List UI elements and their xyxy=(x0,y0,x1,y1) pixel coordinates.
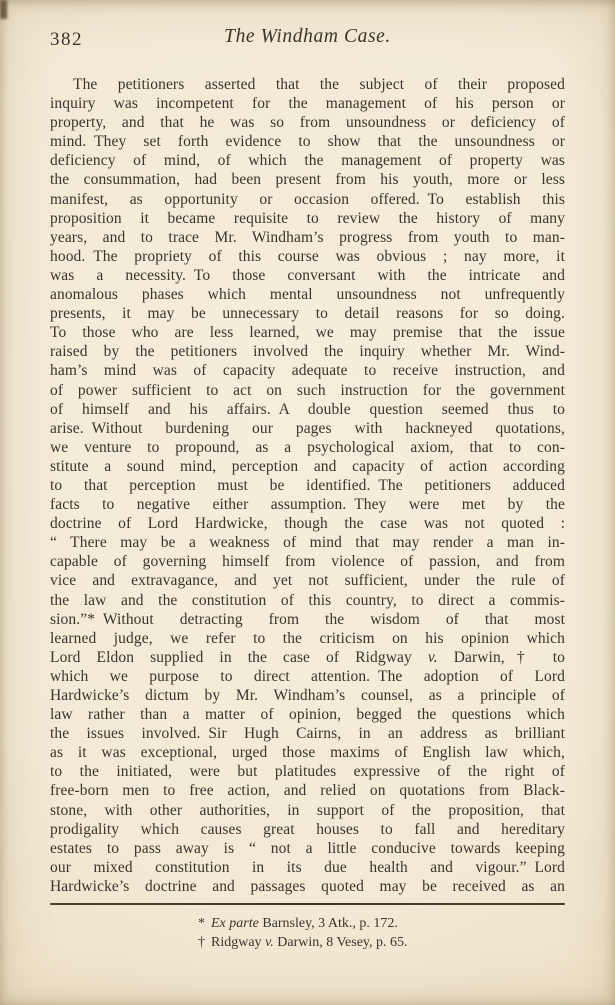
body-line: arise. Without burdening our pages with … xyxy=(50,419,565,438)
text-segment: we venture to propound, as a psychologic… xyxy=(50,439,565,456)
text-segment: sion.”* Without detracting from the wisd… xyxy=(50,611,565,628)
text-segment: the issues involved. Sir Hugh Cairns, in… xyxy=(50,725,565,742)
body-line: as it was exceptional, urged those maxim… xyxy=(50,743,565,762)
text-segment: of himself and his affairs. A double que… xyxy=(50,401,565,418)
text-segment: “ There may be a weakness of mind that m… xyxy=(50,534,565,551)
scan-artifact-mark xyxy=(0,0,7,19)
body-line: Hardwicke’s doctrine and passages quoted… xyxy=(50,877,565,896)
text-segment: property, and that he was so from unsoun… xyxy=(50,114,565,131)
body-line: which we purpose to direct attention. Th… xyxy=(50,667,565,686)
body-line: deficiency of mind, of which the managem… xyxy=(50,151,565,170)
text-segment: presents, it may be unnecessary to detai… xyxy=(50,305,565,322)
body-line: the issues involved. Sir Hugh Cairns, in… xyxy=(50,724,565,743)
footnote-line: *Ex parte Barnsley, 3 Atk., p. 172. xyxy=(195,915,565,934)
text-segment: to the initiated, were but platitudes ex… xyxy=(50,763,565,780)
body-line: To those who are less learned, we may pr… xyxy=(50,323,565,342)
text-segment: learned judge, we refer to the criticism… xyxy=(50,630,565,647)
text-segment: manifest, as opportunity or occasion off… xyxy=(50,191,565,208)
body-line: doctrine of Lord Hardwicke, though the c… xyxy=(50,514,565,533)
body-line: prodigality which causes great houses to… xyxy=(50,820,565,839)
body-line: anomalous phases which mental unsoundnes… xyxy=(50,285,565,304)
italic-text: Ex parte xyxy=(211,916,259,931)
body-line: Hardwicke’s dictum by Mr. Windham’s coun… xyxy=(50,686,565,705)
text-segment: The petitioners asserted that the subjec… xyxy=(73,76,565,93)
body-line: stitute a sound mind, perception and cap… xyxy=(50,457,565,476)
running-title: The Windham Case. xyxy=(50,26,565,48)
text-segment: raised by the petitioners involved the i… xyxy=(50,343,565,360)
body-line: property, and that he was so from unsoun… xyxy=(50,113,565,132)
text-segment: to that perception must be identified. T… xyxy=(50,477,565,494)
text-segment: deficiency of mind, of which the managem… xyxy=(50,152,565,169)
text-segment: arise. Without burdening our pages with … xyxy=(50,420,565,437)
body-line: ham’s mind was of capacity adequate to r… xyxy=(50,361,565,380)
body-line: vice and extravagance, and yet not suffi… xyxy=(50,571,565,590)
body-line: Lord Eldon supplied in the case of Ridgw… xyxy=(50,648,565,667)
body-line: The petitioners asserted that the subjec… xyxy=(50,75,565,94)
footnote-rule xyxy=(50,903,565,905)
body-line: “ There may be a weakness of mind that m… xyxy=(50,533,565,552)
body-line: to the initiated, were but platitudes ex… xyxy=(50,762,565,781)
text-segment: hood. The propriety of this course was o… xyxy=(50,248,565,265)
text-segment: vice and extravagance, and yet not suffi… xyxy=(50,572,565,589)
body-line: learned judge, we refer to the criticism… xyxy=(50,629,565,648)
body-line: mind. They set forth evidence to show th… xyxy=(50,132,565,151)
text-segment: doctrine of Lord Hardwicke, though the c… xyxy=(50,515,565,532)
text-segment: anomalous phases which mental unsoundnes… xyxy=(50,286,565,303)
body-line: proposition it became requisite to revie… xyxy=(50,209,565,228)
text-segment: Hardwicke’s dictum by Mr. Windham’s coun… xyxy=(50,687,565,704)
body-line: our mixed constitution in its due health… xyxy=(50,858,565,877)
body-line: capable of governing himself from violen… xyxy=(50,552,565,571)
italic-text: v. xyxy=(265,935,274,950)
text-segment: stone, with other authorities, in suppor… xyxy=(50,802,565,819)
body-line: of himself and his affairs. A double que… xyxy=(50,400,565,419)
book-page: 382 The Windham Case. The petitioners as… xyxy=(0,0,615,1005)
body-line: was a necessity. To those conversant wit… xyxy=(50,266,565,285)
text-segment: proposition it became requisite to revie… xyxy=(50,210,565,227)
page-header: 382 The Windham Case. xyxy=(50,26,565,59)
body-line: free-born men to free action, and relied… xyxy=(50,781,565,800)
text-segment: Ridgway xyxy=(211,935,265,950)
text-segment: our mixed constitution in its due health… xyxy=(50,859,565,876)
text-segment: the consummation, had been present from … xyxy=(50,171,565,188)
body-line: of power sufficient to act on such instr… xyxy=(50,381,565,400)
text-segment: Barnsley, 3 Atk., p. 172. xyxy=(259,916,398,931)
body-line: raised by the petitioners involved the i… xyxy=(50,342,565,361)
body-line: to that perception must be identified. T… xyxy=(50,476,565,495)
text-segment: of power sufficient to act on such instr… xyxy=(50,382,565,399)
body-line: years, and to trace Mr. Windham’s progre… xyxy=(50,228,565,247)
text-segment: free-born men to free action, and relied… xyxy=(50,782,565,799)
body-line: we venture to propound, as a psychologic… xyxy=(50,438,565,457)
text-segment: Darwin,† to xyxy=(438,649,565,666)
page-number: 382 xyxy=(50,29,83,51)
footnote-marker: * xyxy=(195,915,205,934)
body-line: hood. The propriety of this course was o… xyxy=(50,247,565,266)
text-segment: Darwin, 8 Vesey, p. 65. xyxy=(274,935,408,950)
italic-text: v. xyxy=(428,649,438,666)
body-line: the consummation, had been present from … xyxy=(50,170,565,189)
text-segment: years, and to trace Mr. Windham’s progre… xyxy=(50,229,565,246)
body-line: facts to negative either assumption. The… xyxy=(50,495,565,514)
body-line: estates to pass away is “ not a little c… xyxy=(50,839,565,858)
text-segment: facts to negative either assumption. The… xyxy=(50,496,565,513)
text-segment: law rather than a matter of opinion, beg… xyxy=(50,706,565,723)
text-segment: inquiry was incompetent for the manageme… xyxy=(50,95,565,112)
text-segment: estates to pass away is “ not a little c… xyxy=(50,840,565,857)
text-segment: To those who are less learned, we may pr… xyxy=(50,324,565,341)
footnote-line: †Ridgway v. Darwin, 8 Vesey, p. 65. xyxy=(195,934,565,953)
text-segment: ham’s mind was of capacity adequate to r… xyxy=(50,362,565,379)
body-text: The petitioners asserted that the subjec… xyxy=(50,75,565,896)
text-segment: the law and the constitution of this cou… xyxy=(50,592,565,609)
body-line: inquiry was incompetent for the manageme… xyxy=(50,94,565,113)
footnotes: *Ex parte Barnsley, 3 Atk., p. 172.†Ridg… xyxy=(50,915,565,952)
text-segment: was a necessity. To those conversant wit… xyxy=(50,267,565,284)
text-segment: Lord Eldon supplied in the case of Ridgw… xyxy=(50,649,428,666)
text-segment: which we purpose to direct attention. Th… xyxy=(50,668,565,685)
body-line: manifest, as opportunity or occasion off… xyxy=(50,190,565,209)
text-segment: mind. They set forth evidence to show th… xyxy=(50,133,565,150)
text-segment: stitute a sound mind, perception and cap… xyxy=(50,458,565,475)
text-segment: capable of governing himself from violen… xyxy=(50,553,565,570)
body-line: presents, it may be unnecessary to detai… xyxy=(50,304,565,323)
body-line: sion.”* Without detracting from the wisd… xyxy=(50,610,565,629)
text-segment: Hardwicke’s doctrine and passages quoted… xyxy=(50,878,565,895)
text-segment: prodigality which causes great houses to… xyxy=(50,821,565,838)
body-line: stone, with other authorities, in suppor… xyxy=(50,801,565,820)
body-line: the law and the constitution of this cou… xyxy=(50,591,565,610)
body-line: law rather than a matter of opinion, beg… xyxy=(50,705,565,724)
footnote-marker: † xyxy=(195,934,205,953)
text-segment: as it was exceptional, urged those maxim… xyxy=(50,744,565,761)
